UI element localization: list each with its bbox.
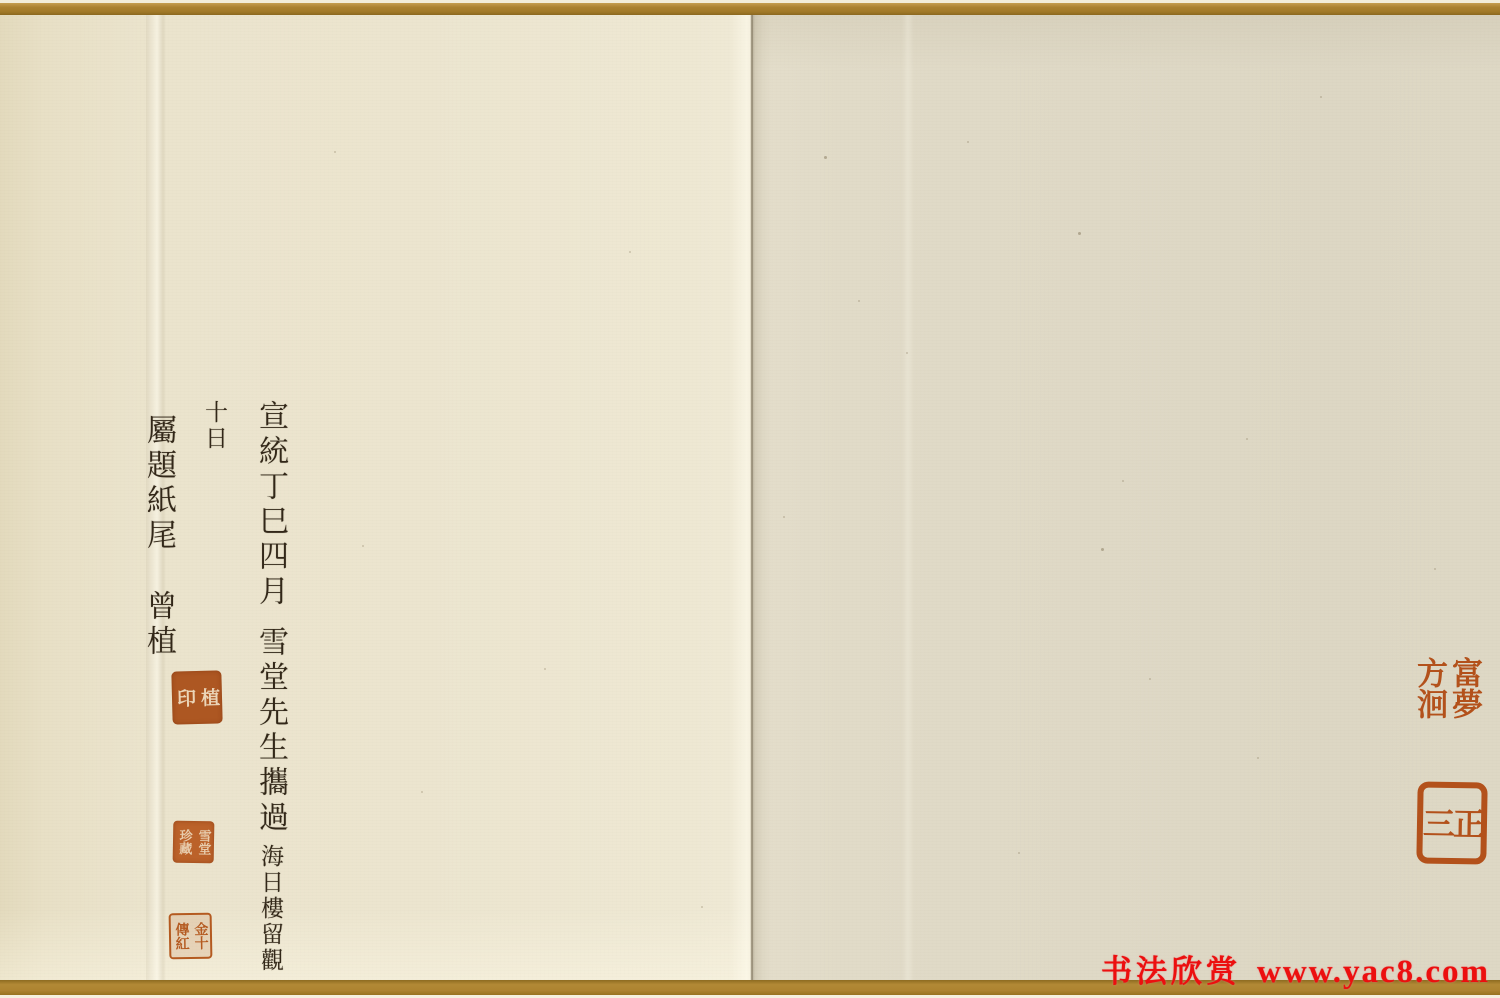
center-fold-crease — [730, 14, 772, 996]
speck — [783, 516, 785, 518]
collector-seal-small-upper: 雪堂珍藏 — [173, 821, 215, 864]
speck — [629, 251, 631, 253]
speck — [701, 906, 703, 908]
top-mounting-border — [0, 3, 1500, 15]
speck — [858, 300, 860, 302]
signature-seal: 植印 — [171, 670, 222, 724]
collector-seal-small-upper-glyphs: 雪堂珍藏 — [174, 829, 212, 856]
faint-fold-crease — [902, 14, 914, 982]
watermark-site-name: 书法欣赏 — [1101, 946, 1241, 991]
left-paper-panel — [0, 0, 752, 998]
right-paper-panel — [752, 0, 1500, 998]
speck — [824, 156, 827, 159]
watermark-site-url: www.yac8.com — [1257, 954, 1490, 991]
speck — [1122, 480, 1124, 482]
speck — [1149, 678, 1151, 680]
signature: 曾植 — [141, 590, 176, 660]
speck — [1101, 548, 1104, 551]
collector-seal-small-lower: 金十傳紅 — [169, 913, 213, 960]
speck — [1246, 438, 1248, 440]
watermark: 书法欣赏 www.yac8.com — [1101, 946, 1490, 991]
speck — [362, 545, 364, 547]
right-upper-seal-glyphs: 富夢方洄 — [1411, 657, 1481, 719]
speck — [1434, 568, 1436, 570]
speck — [1320, 96, 1322, 98]
signature-seal-glyphs: 植印 — [173, 687, 221, 707]
speck — [1257, 757, 1259, 759]
speck — [544, 668, 546, 670]
right-lower-seal: 正三 — [1416, 781, 1487, 864]
collector-seal-small-lower-glyphs: 金十傳紅 — [171, 922, 209, 951]
right-upper-seal: 富夢方洄 — [1411, 642, 1481, 734]
inscription-closing: 屬題紙尾 — [141, 414, 176, 554]
speck — [334, 151, 336, 153]
inscription-date: 宣統丁巳四月 — [253, 400, 288, 610]
speck — [906, 352, 908, 354]
speck — [967, 141, 969, 143]
inscription-line: 雪堂先生攜過 — [253, 626, 288, 836]
right-lower-seal-glyphs: 正三 — [1422, 806, 1483, 839]
speck — [421, 791, 423, 793]
speck — [1018, 852, 1020, 854]
speck — [1078, 232, 1081, 235]
scroll-photo: 宣統丁巳四月雪堂先生攜過海日樓留觀十日 屬題紙尾曾植 植印雪堂珍藏金十傳紅富夢方… — [0, 0, 1500, 998]
